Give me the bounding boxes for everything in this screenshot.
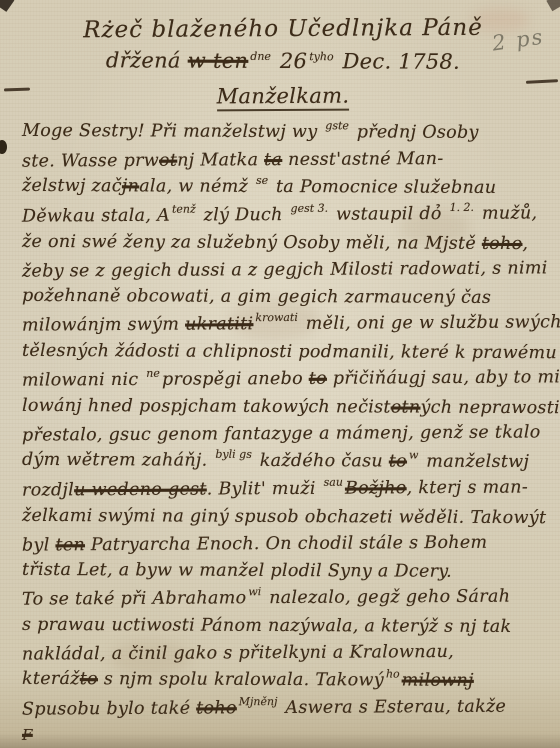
strikethrough-text: Božjho	[345, 478, 407, 498]
body-line-20: nakládal, a činil gako s přitelkyni a Kr…	[22, 638, 544, 668]
strikethrough-text: to	[389, 451, 407, 471]
text-segment: nj Matka	[177, 150, 264, 171]
text-segment: že oni swé ženy za služebný Osoby měli, …	[22, 232, 482, 254]
text-segment: prospěgi anebo	[162, 369, 309, 390]
text-segment: lowánj hned pospjcham takowých nečist	[22, 396, 391, 418]
body-line-11: lowánj hned pospjcham takowých nečistotn…	[22, 393, 544, 422]
superscript-insertion: 1. 2.	[450, 201, 475, 214]
text-segment: Moge Sestry! Při manželstwj wy	[22, 121, 323, 142]
strikethrough-text: ot	[159, 151, 177, 171]
text-segment: želstwj zač	[22, 176, 122, 196]
text-segment: každého času	[254, 451, 389, 472]
superscript-insertion: tenž	[172, 203, 196, 216]
text-segment: mužů,	[476, 203, 537, 223]
strikethrough-text: toho	[196, 698, 237, 718]
strikethrough-text: toho	[482, 234, 523, 254]
title-line-2: dřžená w tendne 26tyho Dec. 1758.	[22, 45, 544, 81]
strikethrough-text: to	[309, 369, 327, 389]
superscript-insertion: se	[256, 174, 268, 187]
text-segment: s njm spolu kralowala. Takowý	[98, 669, 384, 690]
body-line-17: třista Let, a byw w manžel plodil Syny a…	[22, 557, 544, 586]
text-segment: přičiňáugj sau, aby to mi-	[327, 367, 560, 388]
text-segment: měli, oni ge w službu swých	[300, 312, 560, 334]
superscript-insertion: wi	[248, 585, 261, 598]
text-segment: nalezalo, gegž geho Sárah	[263, 587, 510, 609]
page-corner-wear-left	[0, 0, 14, 12]
strikethrough-text: ta	[264, 150, 282, 170]
superscript-insertion: sau	[324, 476, 343, 489]
strikethrough-text: u wedeno gest	[74, 479, 207, 500]
body-line-13: dým wětrem zaháňj. byli gs každého času …	[22, 447, 544, 477]
text-segment: přestalo, gsuc genom fantazyge a mámenj,…	[22, 422, 541, 445]
body-line-8: milowánjm swým ukratitikrowati měli, oni…	[22, 309, 544, 340]
text-segment: milowánjm swým	[22, 315, 185, 336]
text-segment: ,	[522, 234, 528, 254]
body-line-12: přestalo, gsuc genom fantazyge a mámenj,…	[22, 419, 544, 449]
superscript-insertion: byli gs	[215, 448, 252, 461]
body-line-9: tělesných žádosti a chlipnosti podmanili…	[22, 338, 544, 367]
text-segment: 26	[273, 49, 307, 73]
text-segment: ala, w némž	[139, 176, 254, 197]
text-segment: Aswera s Esterau, takže	[279, 697, 506, 718]
body-line-21: kterážto s njm spolu kralowala. Takowýho…	[22, 666, 544, 696]
strikethrough-text: w ten	[188, 49, 249, 73]
text-segment: žeby se z gegich dussi a z gegjch Milost…	[22, 258, 548, 281]
text-segment: dřžená	[106, 48, 188, 72]
body-line-3: želstwj začjnala, w némž se ta Pomocnice…	[22, 173, 544, 203]
superscript-insertion: gest 3.	[290, 202, 328, 215]
strikethrough-text: ten	[55, 535, 85, 555]
text-segment: zlý Duch	[198, 205, 289, 226]
text-segment: ých neprawosti	[420, 398, 560, 419]
strikethrough-text: ukratiti	[185, 314, 253, 334]
text-segment: Děwkau stala, A	[22, 206, 170, 227]
text-segment: tělesných žádosti a chlipnosti podmanili…	[22, 341, 557, 363]
text-segment: třista Let, a byw w manžel plodil Syny a…	[22, 560, 452, 582]
text-segment: želkami swými na giný spusob obchazeti w…	[22, 506, 546, 528]
text-segment: přednj Osoby	[351, 122, 479, 143]
body-line-16: byl ten Patryarcha Enoch. On chodil stál…	[22, 529, 544, 559]
text-segment: To se také při Abrahamo	[22, 588, 247, 609]
text-segment: Dec. 1758.	[336, 49, 461, 74]
superscript-insertion: ho	[386, 667, 400, 680]
body-line-15: želkami swými na giný spusob obchazeti w…	[22, 503, 544, 532]
ink-blot	[0, 140, 7, 154]
strikethrough-text: to	[80, 669, 98, 689]
underlined-text: Manželkam.	[217, 84, 350, 112]
body-line-7: požehnaně obcowati, a gim gegich zarmauc…	[22, 283, 544, 312]
text-segment: ta Pomocnice služebnau	[270, 177, 496, 198]
superscript-insertion: w	[409, 449, 418, 462]
superscript-insertion: dne	[250, 50, 271, 63]
text-segment: dým wětrem zaháňj.	[22, 450, 213, 471]
text-segment: manželstwj	[420, 452, 529, 472]
body-line-4: Děwkau stala, Atenž zlý Duch gest 3. wst…	[22, 200, 544, 231]
superscript-insertion: krowati	[255, 311, 298, 324]
text-segment: Rżeč blaženého Učedlnjka Páně	[83, 15, 483, 43]
title-line-1: Rżeč blaženého Učedlnjka Páně	[22, 10, 544, 47]
superscript-insertion: tyho	[309, 50, 333, 63]
body-line-18: To se také při Abrahamowi nalezalo, gegž…	[22, 583, 544, 614]
body-line-10: milowani nic neprospěgi anebo to přičiňá…	[22, 364, 544, 395]
body-line-6: žeby se z gegich dussi a z gegjch Milost…	[22, 255, 544, 285]
text-segment: wstaupil dỏ	[330, 204, 448, 225]
text-segment: ste. Wasse prw	[22, 151, 159, 172]
superscript-insertion: ne	[146, 367, 160, 380]
text-segment: Patryarcha Enoch. On chodil stále s Bohe…	[85, 533, 488, 555]
catchword: F	[22, 724, 544, 748]
strikethrough-text: jn	[122, 176, 139, 196]
body-line-14: rozdjlu wedeno gest. Bylit' muži sauBožj…	[22, 474, 544, 505]
text-segment: požehnaně obcowati, a gim gegich zarmauc…	[22, 286, 491, 308]
superscript-insertion: gste	[325, 119, 349, 132]
body-line-1: Moge Sestry! Při manželstwj wy gste před…	[22, 118, 544, 148]
strikethrough-text: F	[22, 726, 33, 744]
manuscript-lines: Rżeč blaženého Učedlnjka Pánědřžená w te…	[22, 12, 544, 747]
text-segment: , kterj s man-	[407, 478, 529, 499]
body-line-2: ste. Wasse prwotnj Matka ta nesst'astné …	[22, 145, 544, 175]
text-segment: byl	[22, 535, 56, 555]
text-segment: milowani nic	[22, 370, 144, 391]
text-segment: rozdjl	[22, 480, 74, 500]
strikethrough-text: otn	[391, 397, 421, 417]
text-segment: . Bylit' muži	[207, 479, 322, 500]
text-segment: kteráž	[22, 669, 80, 689]
title-line-3: Manželkam.	[22, 78, 544, 114]
text-segment: nakládal, a činil gako s přitelkyni a Kr…	[22, 642, 454, 665]
superscript-insertion: Mjněnj	[239, 695, 278, 708]
text-segment: Spusobu bylo také	[22, 699, 196, 720]
body-line-22: Spusobu bylo také tohoMjněnj Aswera s Es…	[22, 693, 544, 724]
manuscript-page: 2 ps Rżeč blaženého Učedlnjka Pánědřžená…	[0, 0, 560, 748]
page-corner-wear-right	[546, 0, 560, 11]
strikethrough-text: milownj	[402, 671, 474, 691]
text-segment: nesst'astné Man-	[282, 149, 443, 170]
body-line-5: že oni swé ženy za služebný Osoby měli, …	[22, 229, 544, 258]
body-line-19: s prawau uctiwosti Pánom nazýwala, a kte…	[22, 612, 544, 641]
text-segment: s prawau uctiwosti Pánom nazýwala, a kte…	[22, 615, 512, 637]
